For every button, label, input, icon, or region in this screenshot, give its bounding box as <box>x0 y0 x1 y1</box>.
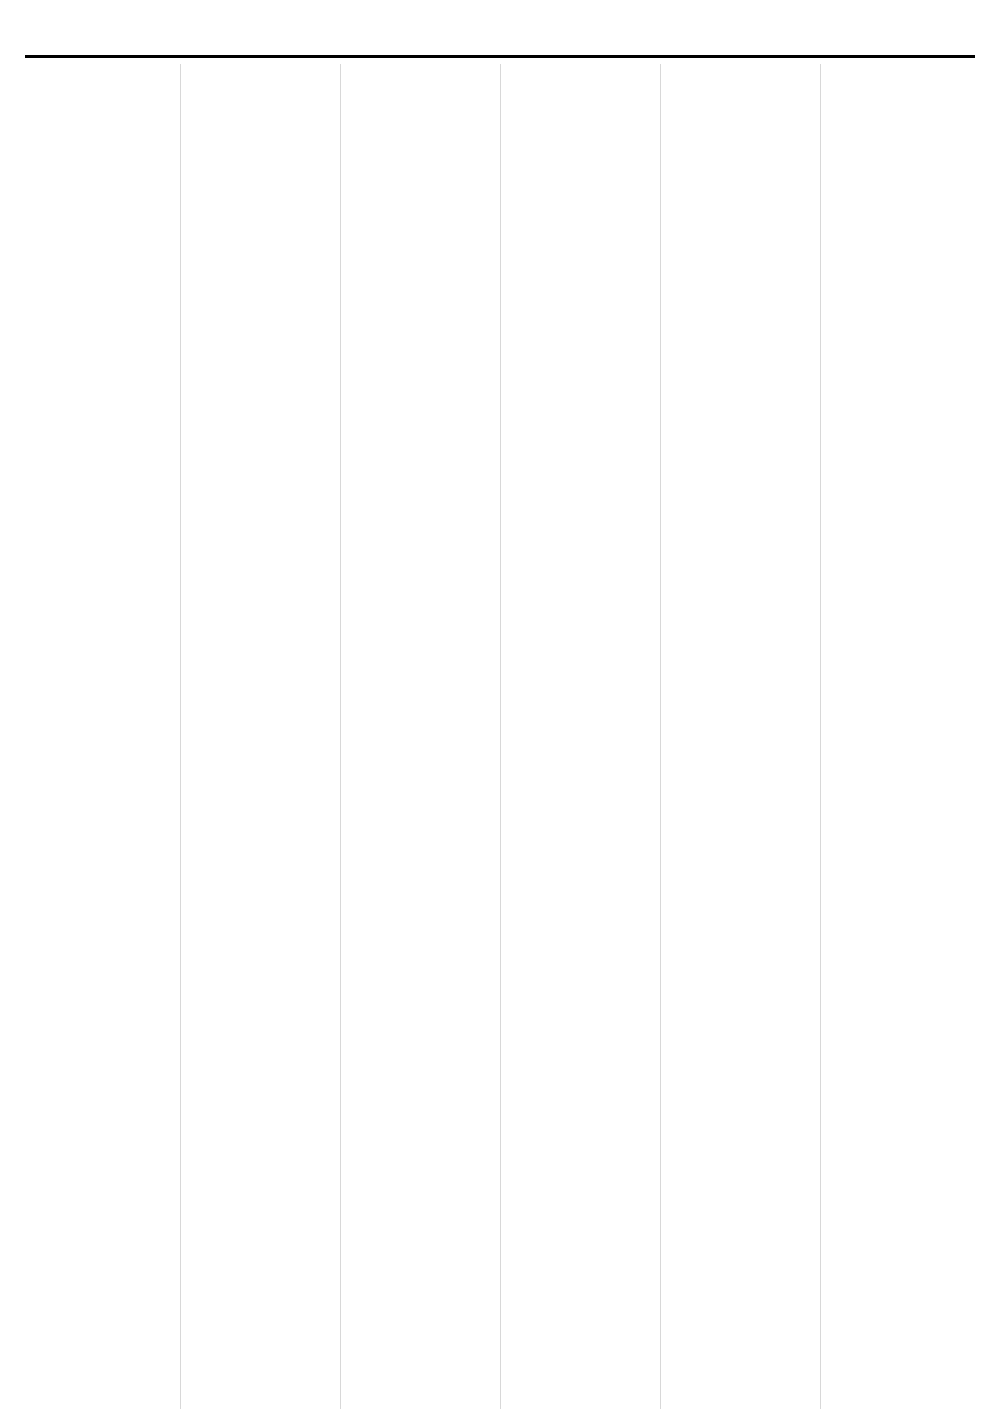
masthead <box>25 10 975 58</box>
event-entry <box>665 274 815 286</box>
event-entry <box>505 343 655 355</box>
event-entry <box>505 169 655 181</box>
text-column-2 <box>185 124 335 1409</box>
event-entry <box>665 263 815 275</box>
event-entry <box>665 159 815 171</box>
event-entry <box>25 271 175 283</box>
event-entry <box>25 76 175 88</box>
event-entry <box>345 331 495 343</box>
event-entry <box>665 400 815 412</box>
event-entry <box>665 216 815 228</box>
event-entry <box>345 159 495 171</box>
issue-date <box>197 32 205 45</box>
event-entry <box>345 284 495 296</box>
event-entry <box>345 308 495 320</box>
event-entry <box>345 147 495 159</box>
event-entry <box>665 251 815 263</box>
event-entry <box>665 308 815 320</box>
event-entry <box>25 168 175 180</box>
article-body <box>25 64 975 1409</box>
event-entry <box>665 376 815 388</box>
text-column-6 <box>825 64 975 1409</box>
event-entry <box>185 228 335 240</box>
event-entry <box>25 64 175 76</box>
event-entry <box>25 144 175 156</box>
event-entry <box>185 147 335 159</box>
event-entry <box>345 239 495 251</box>
event-entry <box>25 248 175 260</box>
event-entry <box>505 238 655 250</box>
event-entry <box>345 136 495 148</box>
event-entry <box>665 204 815 216</box>
event-entry <box>185 284 335 296</box>
event-entry <box>505 147 655 159</box>
event-entry <box>185 355 335 367</box>
event-entry <box>665 355 815 367</box>
event-entry <box>505 124 655 136</box>
event-entry <box>185 171 335 183</box>
event-entry <box>665 331 815 343</box>
event-entry <box>665 239 815 251</box>
event-entry <box>25 305 175 317</box>
event-entry <box>185 136 335 148</box>
event-entry <box>505 296 655 308</box>
event-entry <box>345 320 495 332</box>
event-entry <box>185 216 335 228</box>
event-entry <box>665 411 815 423</box>
event-entry <box>505 284 655 296</box>
event-entry <box>505 136 655 148</box>
event-entry <box>25 179 175 191</box>
event-entry <box>505 331 655 343</box>
event-entry <box>665 193 815 205</box>
text-column-5 <box>665 124 815 1409</box>
event-entry <box>345 216 495 228</box>
event-entry <box>25 99 175 111</box>
event-entry <box>185 400 335 412</box>
event-entry <box>185 193 335 205</box>
event-entry <box>185 296 335 308</box>
event-entry <box>345 124 495 136</box>
event-entry <box>185 343 335 355</box>
event-entry <box>505 308 655 320</box>
event-entry <box>345 204 495 216</box>
event-entry <box>505 249 655 261</box>
event-entry <box>505 204 655 216</box>
event-entry <box>185 388 335 400</box>
event-entry <box>665 136 815 148</box>
event-entry <box>665 296 815 308</box>
text-column-4 <box>505 124 655 1409</box>
event-entry <box>25 133 175 145</box>
event-entry <box>25 236 175 248</box>
event-entry <box>505 261 655 273</box>
event-entry <box>345 261 495 273</box>
event-entry <box>185 239 335 251</box>
event-entry <box>345 296 495 308</box>
event-entry <box>505 365 655 377</box>
event-entry <box>25 260 175 272</box>
event-entry <box>665 171 815 183</box>
event-entry <box>345 171 495 183</box>
event-entry <box>665 423 815 435</box>
event-entry <box>25 293 175 305</box>
event-entry <box>505 411 655 423</box>
event-entry <box>345 183 495 195</box>
event-entry <box>505 273 655 285</box>
text-column-3 <box>345 124 495 1409</box>
event-entry <box>665 147 815 159</box>
event-entry <box>185 308 335 320</box>
event-entry <box>25 121 175 133</box>
event-entry <box>665 435 815 447</box>
event-entry <box>345 343 495 355</box>
event-entry <box>185 263 335 275</box>
event-entry <box>25 191 175 203</box>
event-entry <box>25 87 175 99</box>
event-entry <box>505 376 655 388</box>
event-entry <box>185 366 335 378</box>
event-entry <box>505 400 655 412</box>
event-entry <box>25 213 175 225</box>
event-entry <box>185 251 335 263</box>
event-entry <box>25 156 175 168</box>
event-entry <box>505 181 655 193</box>
event-entry <box>185 204 335 216</box>
event-entry <box>345 273 495 285</box>
event-entry <box>505 433 655 445</box>
event-entry <box>185 159 335 171</box>
event-entry <box>665 388 815 400</box>
event-entry <box>665 343 815 355</box>
event-entry <box>505 226 655 238</box>
event-entry <box>185 124 335 136</box>
event-entry <box>185 320 335 332</box>
event-entry <box>505 193 655 205</box>
text-column-1 <box>25 64 175 1409</box>
event-entry <box>665 320 815 332</box>
event-entry <box>505 320 655 332</box>
event-entry <box>665 124 815 136</box>
event-entry <box>185 331 335 343</box>
event-entry <box>345 228 495 240</box>
event-entry <box>505 388 655 400</box>
event-entry <box>665 228 815 240</box>
event-entry <box>25 224 175 236</box>
